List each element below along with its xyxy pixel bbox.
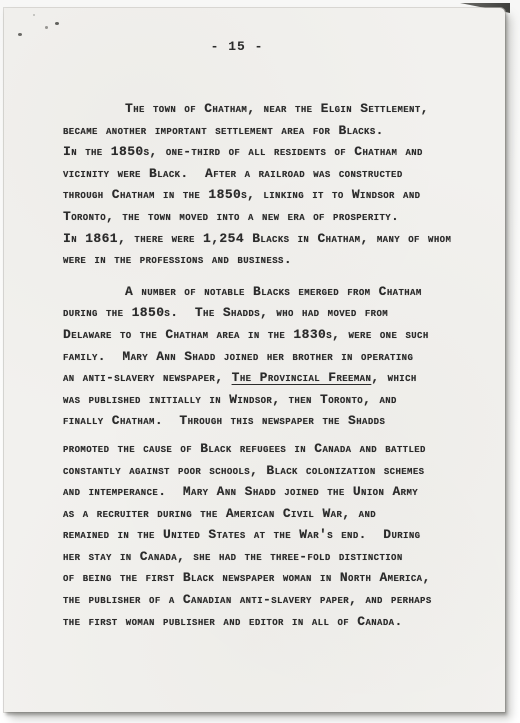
typewritten-line: promoted the cause of Black refugees in … — [63, 438, 503, 460]
pencil-mark — [45, 26, 48, 29]
typewritten-line: The town of Chatham, near the Elgin Sett… — [63, 98, 503, 120]
underlined-newspaper-title: The Provincial Freeman — [232, 370, 372, 385]
text-segment: promoted the cause of Black refugees in … — [63, 441, 426, 456]
typewritten-line: finally Chatham. Through this newspaper … — [63, 410, 503, 432]
text-segment: and intemperance. Mary Ann Shadd joined … — [63, 484, 418, 499]
typewritten-line: an anti-slavery newspaper, The Provincia… — [63, 367, 503, 389]
text-segment: family. Mary Ann Shadd joined her brothe… — [63, 349, 413, 364]
page-number: - 15 - — [4, 39, 470, 54]
text-segment: remained in the United States at the War… — [63, 527, 420, 542]
text-segment: the publisher of a Canadian anti-slavery… — [63, 592, 432, 607]
text-segment: her stay in Canada, she had the three-fo… — [63, 549, 403, 564]
typewritten-line: her stay in Canada, she had the three-fo… — [63, 546, 503, 568]
text-segment: In 1861, there were 1,254 Blacks in Chat… — [63, 231, 451, 246]
text-segment: The town of Chatham, near the Elgin Sett… — [125, 101, 429, 116]
pencil-mark — [55, 22, 59, 25]
text-segment: as a recruiter during the American Civil… — [63, 506, 376, 521]
typewritten-line: was published initially in Windsor, then… — [63, 389, 503, 411]
typewritten-line: Toronto, the town moved into a new era o… — [63, 206, 503, 228]
typewritten-line: the publisher of a Canadian anti-slavery… — [63, 589, 503, 611]
typewritten-line: remained in the United States at the War… — [63, 524, 503, 546]
typewritten-line: constantly against poor schools, Black c… — [63, 460, 503, 482]
text-segment: Toronto, the town moved into a new era o… — [63, 209, 399, 224]
typewritten-line: became another important settlement area… — [63, 120, 503, 142]
typewritten-line: In 1861, there were 1,254 Blacks in Chat… — [63, 228, 503, 250]
typewritten-line: during the 1850s. The Shadds, who had mo… — [63, 302, 503, 324]
text-segment: an anti-slavery newspaper, — [63, 370, 232, 385]
text-segment: the first woman publisher and editor in … — [63, 614, 403, 629]
text-segment: vicinity were Black. After a railroad wa… — [63, 166, 403, 181]
typewritten-line: the first woman publisher and editor in … — [63, 611, 503, 633]
text-segment: constantly against poor schools, Black c… — [63, 463, 424, 478]
text-segment: of being the first Black newspaper woman… — [63, 570, 431, 585]
document-body: The town of Chatham, near the Elgin Sett… — [63, 98, 503, 632]
typewritten-line: were in the professions and business. — [63, 249, 503, 271]
typewritten-line: In the 1850s, one-third of all residents… — [63, 141, 503, 163]
text-segment: finally Chatham. Through this newspaper … — [63, 413, 385, 428]
typewritten-line: Delaware to the Chatham area in the 1830… — [63, 324, 503, 346]
typewritten-line: through Chatham in the 1850s, linking it… — [63, 184, 503, 206]
typewritten-line: family. Mary Ann Shadd joined her brothe… — [63, 346, 503, 368]
text-segment: during the 1850s. The Shadds, who had mo… — [63, 305, 388, 320]
paragraph: The town of Chatham, near the Elgin Sett… — [63, 98, 503, 271]
typewritten-line: and intemperance. Mary Ann Shadd joined … — [63, 481, 503, 503]
typewritten-line: of being the first Black newspaper woman… — [63, 567, 503, 589]
typewritten-line: A number of notable Blacks emerged from … — [63, 281, 503, 303]
text-segment: were in the professions and business. — [63, 252, 292, 267]
document-page: - 15 - The town of Chatham, near the Elg… — [4, 8, 505, 712]
text-segment: , which — [371, 370, 416, 385]
text-segment: Delaware to the Chatham area in the 1830… — [63, 327, 429, 342]
text-segment: In the 1850s, one-third of all residents… — [63, 144, 423, 159]
text-segment: became another important settlement area… — [63, 123, 384, 138]
typewritten-line: as a recruiter during the American Civil… — [63, 503, 503, 525]
scanned-document-background: - 15 - The town of Chatham, near the Elg… — [0, 0, 520, 723]
text-segment: through Chatham in the 1850s, linking it… — [63, 187, 420, 202]
text-segment: was published initially in Windsor, then… — [63, 392, 397, 407]
text-segment: A number of notable Blacks emerged from … — [125, 284, 422, 299]
pencil-mark — [18, 33, 22, 36]
pencil-mark — [33, 14, 35, 16]
paragraph: A number of notable Blacks emerged from … — [63, 281, 503, 633]
typewritten-line: vicinity were Black. After a railroad wa… — [63, 163, 503, 185]
